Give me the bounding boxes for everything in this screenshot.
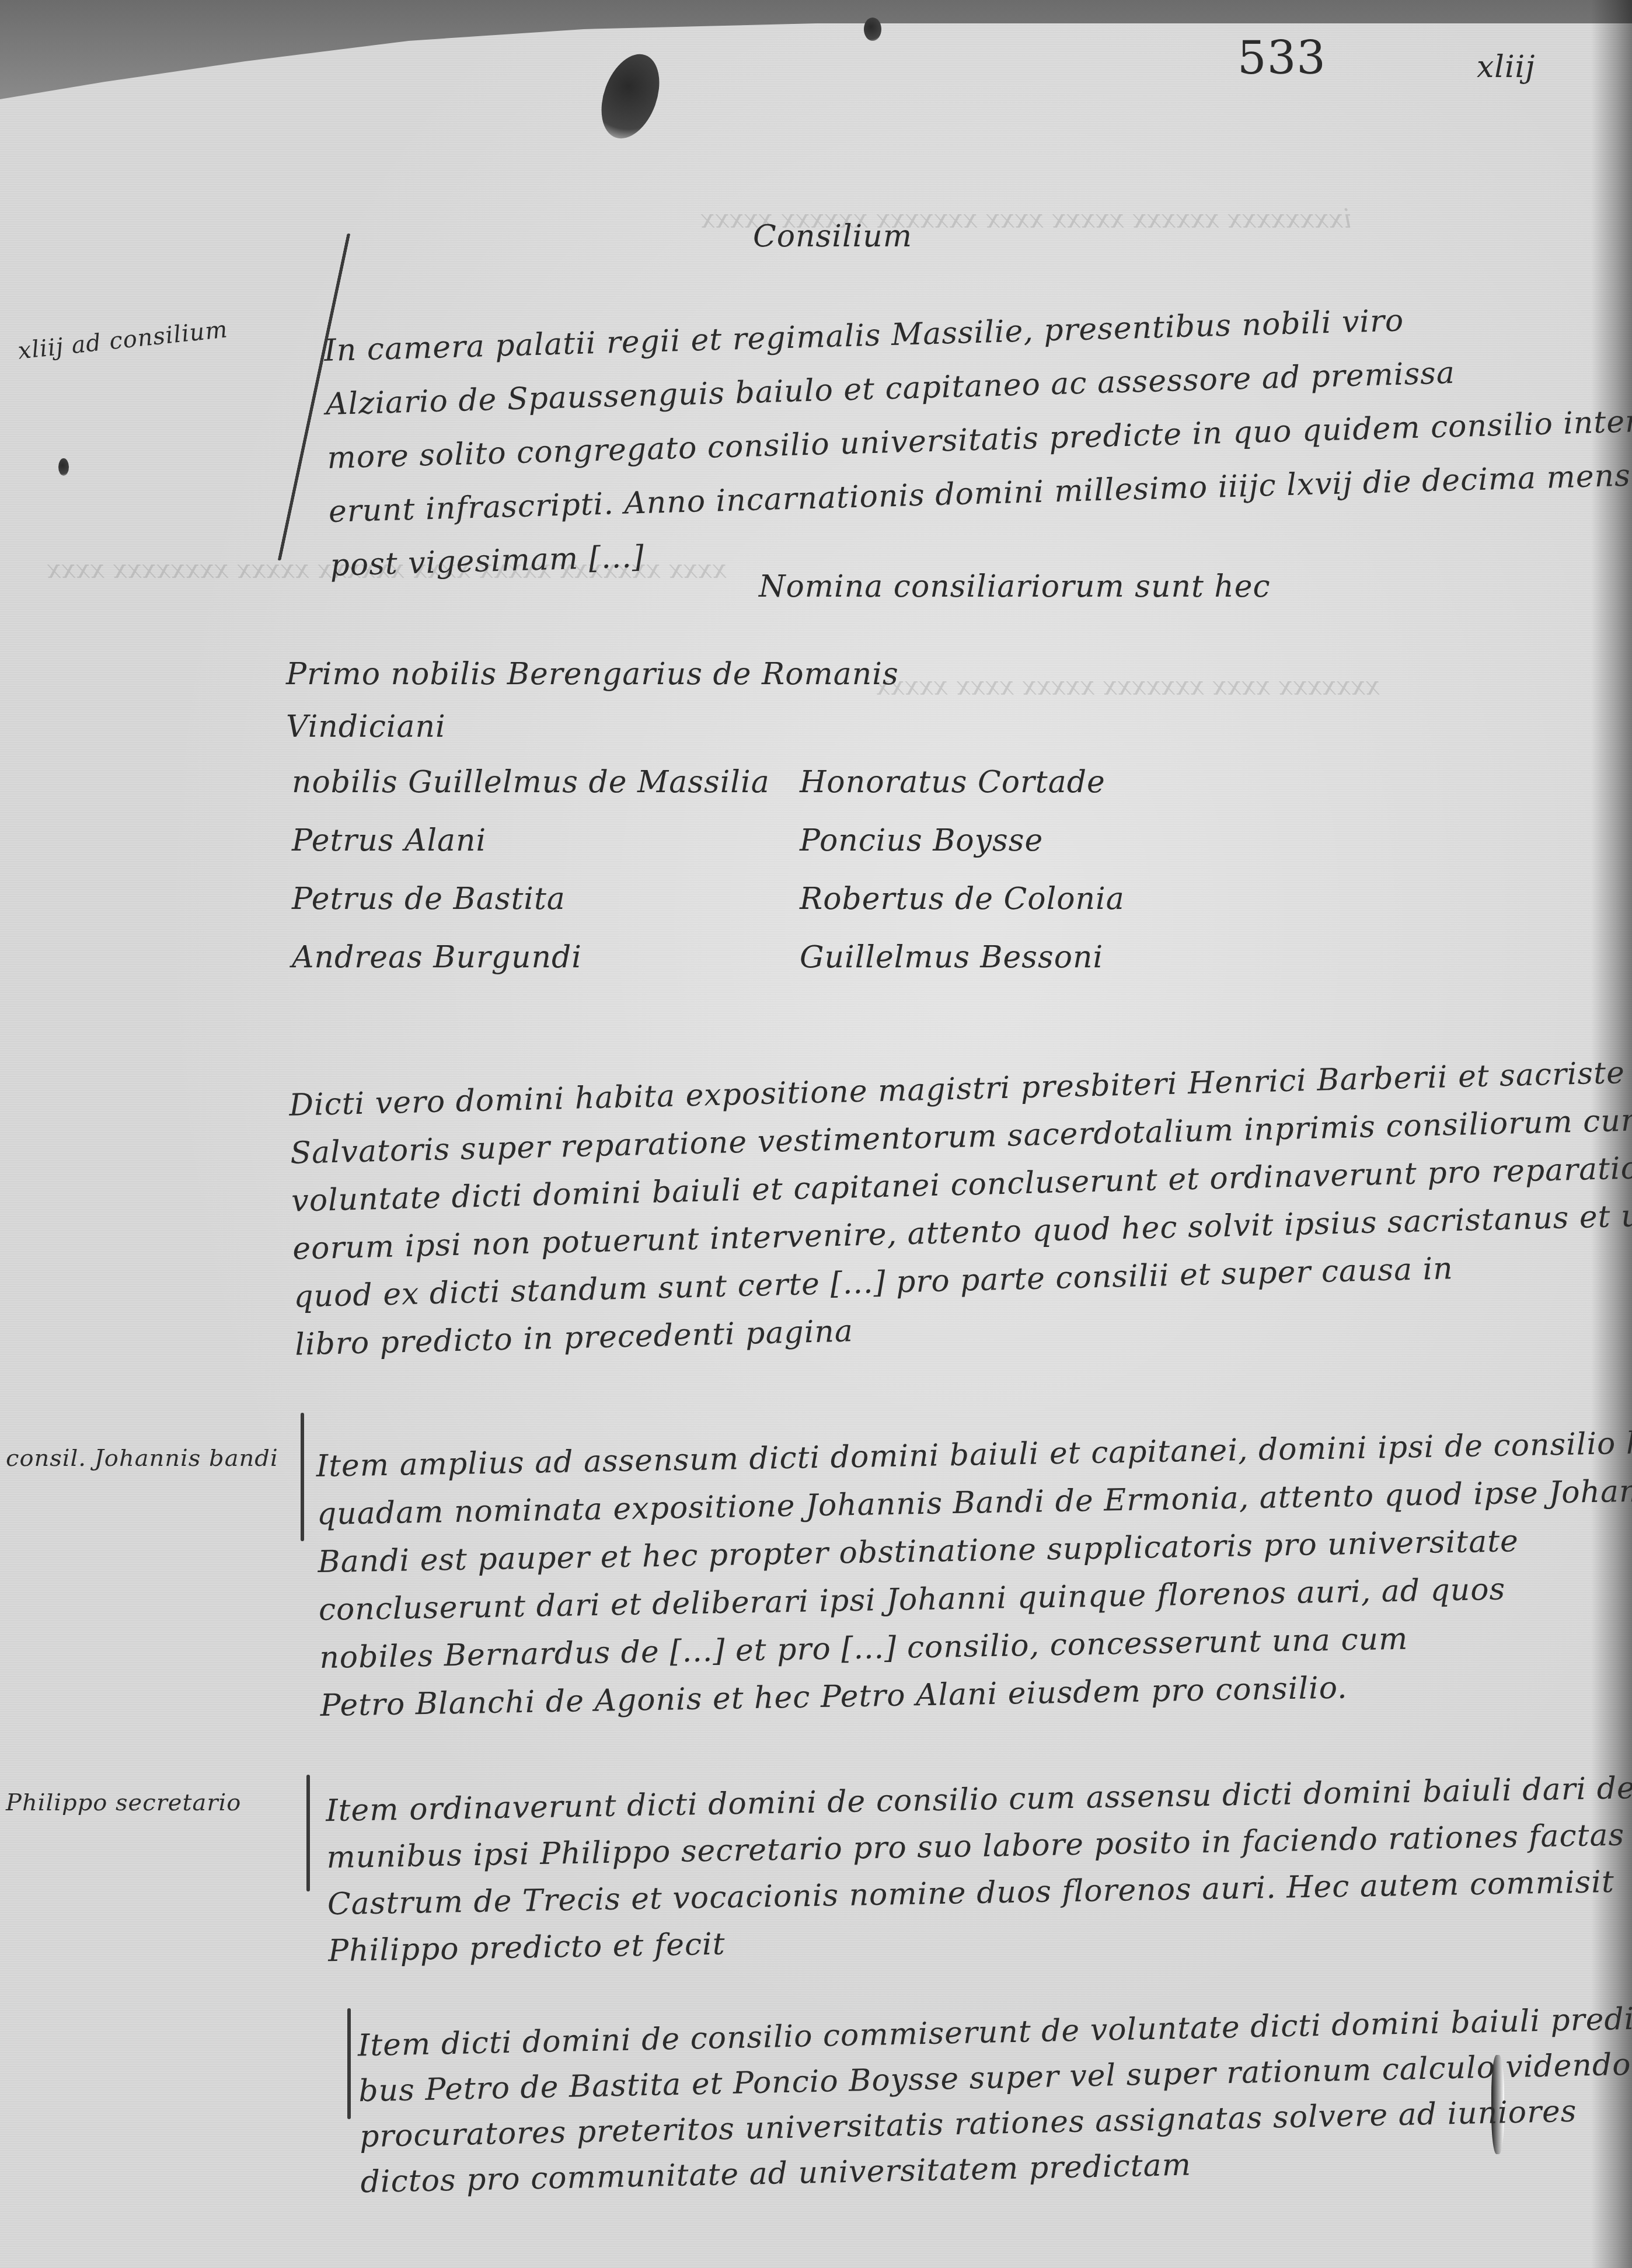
margin-note: Philippo secretario <box>6 1789 241 1816</box>
show-through-text: xxxxxxx xxxx xxxxxxx xxxxx xxxx xxxxx <box>876 671 1380 701</box>
entry-initial <box>347 2008 351 2119</box>
names-column-right: Honoratus Cortade Poncius Boysse Robertu… <box>800 753 1125 987</box>
text-line: Primo nobilis Berengarius de Romanis <box>286 648 899 701</box>
folio-roman-numeral: xliij <box>1477 50 1535 85</box>
member-name: Poncius Boysse <box>800 811 1125 870</box>
member-name: Honoratus Cortade <box>800 753 1125 811</box>
member-name: Guillelmus Bessoni <box>800 928 1125 987</box>
ink-dot <box>864 18 881 41</box>
entry-procuratores: Item dicti domini de consilio commiserun… <box>357 1994 1632 2206</box>
first-member: Primo nobilis Berengarius de Romanis Vin… <box>286 648 899 753</box>
member-name: nobilis Guillelmus de Massilia <box>292 753 770 811</box>
folio-number: 533 <box>1237 32 1326 85</box>
opening-paragraph: In camera palatii regii et regimalis Mas… <box>323 283 1632 593</box>
margin-note: consil. Johannis bandi <box>6 1445 278 1472</box>
entry-johannis-bandi: Item amplius ad assensum dicti domini ba… <box>316 1418 1632 1730</box>
names-heading: Nomina consiliariorum sunt hec <box>759 569 1271 604</box>
member-name: Andreas Burgundi <box>292 928 770 987</box>
member-name: Petrus Alani <box>292 811 770 870</box>
text-line: Vindiciani <box>286 701 899 753</box>
margin-dot <box>58 458 69 476</box>
entry-initial <box>301 1413 304 1541</box>
entry-vestments: Dicti vero domini habita expositione mag… <box>288 1043 1632 1368</box>
member-name: Robertus de Colonia <box>800 870 1125 928</box>
entry-initial <box>306 1775 310 1891</box>
member-name: Petrus de Bastita <box>292 870 770 928</box>
section-heading: Consilium <box>753 219 912 254</box>
entry-philippo-secretario: Item ordinaverunt dicti domini de consil… <box>325 1762 1632 1975</box>
names-column-left: nobilis Guillelmus de Massilia Petrus Al… <box>292 753 770 987</box>
